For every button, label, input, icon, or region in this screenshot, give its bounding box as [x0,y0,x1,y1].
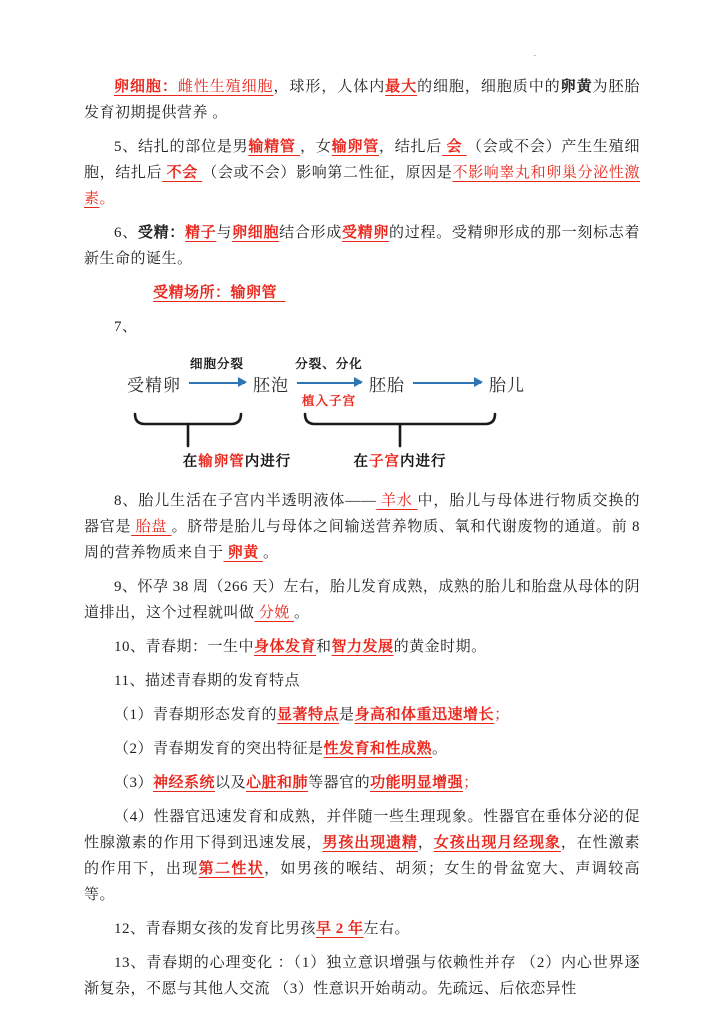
text-run: 在 [354,454,370,470]
text-run: （3） [114,775,153,791]
para-psychological-changes: 13、青春期的心理变化 ：（1）独立意识增强与依赖性并存 （2）内心世界逐渐复杂… [84,950,640,1002]
node-embryo: 胚胎 [369,371,405,396]
bracket-annotations: 在输卵管内进行 在子宫内进行 [84,412,640,476]
text-run: 等器官的 [308,775,370,791]
text-run: 12、青春期女孩的发育比男孩 [114,921,316,937]
document-body: 卵细胞：雌性生殖细胞，球形，人体内最大的细胞，细胞质中的卵黄为胚胎发育初期提供营… [0,0,724,1002]
para-girls-develop-earlier: 12、青春期女孩的发育比男孩早 2 年左右。 [84,916,640,942]
text-run: 不会 [162,165,202,181]
text-run: 7、 [114,319,138,335]
paragraph-group-bottom: 8、胎儿生活在子宫内半透明液体—— 羊水 中，胎儿与母体进行物质交换的器官是 胎… [84,488,640,1002]
text-run: 身体发育 [254,639,316,655]
text-run: ，结扎后 [379,139,442,155]
para-feature-2: （2）青春期发育的突出特征是性发育和性成熟。 [84,736,640,762]
text-run: 左右。 [364,921,411,937]
text-run: ； [463,775,479,791]
bracket-left-label: 在输卵管内进行 [183,450,292,471]
text-run: 会 [442,139,467,155]
text-run: 。 [432,741,448,757]
text-run: 受精卵 [342,225,389,241]
para-ligation: 5、结扎的部位是男输精管 ，女输卵管，结扎后 会 （会或不会）产生生殖细胞，结扎… [84,134,640,212]
arrow1-top-label: 细胞分裂 [190,354,244,372]
text-run: （1）青春期形态发育的 [114,707,277,723]
text-run: 男孩出现遗精 [322,835,417,851]
text-run: 雌性生殖细胞 [178,79,274,95]
text-run: 最大 [385,79,417,95]
text-run: 。 [294,605,310,621]
text-run: 精子 [185,225,216,241]
text-run: ，女 [300,139,332,155]
text-run: 女孩出现月经现象 [434,835,561,851]
text-run: 受精： [138,225,185,241]
paragraph-group-top: 卵细胞：雌性生殖细胞，球形，人体内最大的细胞，细胞质中的卵黄为胚胎发育初期提供营… [84,74,640,340]
text-run: （会或不会）影响第二性征，原因是 [202,165,452,181]
text-run: 和 [316,639,332,655]
text-run: 受精场所：输卵管 [153,285,286,301]
text-run: 卵黄 [561,79,593,95]
text-run: 8、胎儿生活在子宫内半透明液体—— [114,493,376,509]
bracket-right-icon [303,412,497,448]
text-run: 子宫 [369,454,400,470]
arrow-embryo-to-fetus [413,382,481,385]
text-run: 神经系统 [153,775,215,791]
node-blastocyst: 胚泡 [253,371,289,396]
text-run: 羊水 [376,493,417,509]
para-feature-1: （1）青春期形态发育的显著特点是身高和体重迅速增长； [84,702,640,728]
text-run: 输卵管 [198,454,245,470]
text-run: 胎盘 [131,519,171,535]
text-run: 11、描述青春期的发育特点 [114,673,300,689]
text-run: 在 [183,454,199,470]
right-arrow-icon [297,382,361,385]
text-run: 13、青春期的心理变化 ：（1）独立意识增强与依赖性并存 （2）内心世界逐渐复杂… [84,955,640,997]
arrow-cell-division: 细胞分裂 [189,382,245,385]
para-fertilization: 6、受精：精子与卵细胞结合形成受精卵的过程。受精卵形成的那一刻标志着新生命的诞生… [84,220,640,272]
text-run: 卵黄 [224,545,264,561]
text-run: 。 [263,545,279,561]
para-feature-3: （3）神经系统以及心脏和肺等器官的功能明显增强； [84,770,640,796]
para-fetus-environment: 8、胎儿生活在子宫内半透明液体—— 羊水 中，胎儿与母体进行物质交换的器官是 胎… [84,488,640,566]
para-puberty-golden-period: 10、青春期：一生中身体发育和智力发展的黄金时期。 [84,634,640,660]
right-arrow-icon [413,382,481,385]
text-run: 身高和体重迅速增长 [355,707,495,723]
text-run: 显著特点 [277,707,339,723]
text-run: 的细胞，细胞质中的 [417,79,561,95]
text-run: 内进行 [400,454,447,470]
text-run: 心脏和肺 [246,775,308,791]
text-run: 5、结扎的部位是男 [114,139,248,155]
text-run: 智力发展 [332,639,394,655]
stray-mark: · [533,50,537,62]
text-run: 分娩 [255,605,295,621]
text-run: 。 [100,191,116,207]
text-run: 第二性状 [199,861,265,877]
bracket-right-label: 在子宫内进行 [354,450,447,471]
text-run: 输精管 [248,139,300,155]
text-run: 结合形成 [279,225,342,241]
text-run: 功能明显增强 [370,775,463,791]
para-egg-cell: 卵细胞：雌性生殖细胞，球形，人体内最大的细胞，细胞质中的卵黄为胚胎发育初期提供营… [84,74,640,126]
text-run: 与 [216,225,232,241]
text-run: ，球形，人体内 [274,79,386,95]
para-fertilization-site: 受精场所：输卵管 [84,280,640,306]
right-arrow-icon [189,382,245,385]
para-childbirth: 9、怀孕 38 周（266 天）左右，胎儿发育成熟，成熟的胎儿和胎盘从母体的阴道… [84,574,640,626]
text-run: 10、青春期：一生中 [114,639,254,655]
text-run: 6、 [114,225,138,241]
text-run: ， [418,835,434,851]
node-zygote: 受精卵 [127,371,181,396]
text-run: 是 [339,707,355,723]
para-puberty-features-title: 11、描述青春期的发育特点 [84,668,640,694]
development-flow-diagram: 受精卵 细胞分裂 胚泡 分裂、分化 植入子宫 胚胎 胎儿 [84,342,640,476]
arrow2-bottom-label: 植入子宫 [302,391,356,409]
para-feature-4: （4）性器官迅速发育和成熟，并伴随一些生理现象。性器官在垂体分泌的促性腺激素的作… [84,804,640,908]
text-run: 卵细胞： [114,79,178,95]
text-run: 性发育和性成熟 [324,741,433,757]
text-run: 9、怀孕 38 周（266 天）左右，胎儿发育成熟，成熟的胎儿和胎盘从母体的阴道… [84,579,640,621]
text-run: 输卵管 [332,139,379,155]
document-page: · 卵细胞：雌性生殖细胞，球形，人体内最大的细胞，细胞质中的卵黄为胚胎发育初期提… [0,0,724,1024]
flow-row: 受精卵 细胞分裂 胚泡 分裂、分化 植入子宫 胚胎 胎儿 [127,342,640,398]
text-run: 内进行 [245,454,292,470]
para-item-7: 7、 [84,314,640,340]
text-run: ； [494,707,510,723]
arrow-division-differentiation: 分裂、分化 植入子宫 [297,382,361,385]
bracket-left-icon [133,412,243,448]
node-fetus: 胎儿 [489,371,525,396]
text-run: 以及 [215,775,246,791]
text-run: 卵细胞 [232,225,279,241]
arrow2-top-label: 分裂、分化 [295,354,363,372]
text-run: （2）青春期发育的突出特征是 [114,741,324,757]
text-run: 的黄金时期。 [394,639,487,655]
text-run: 早 2 年 [316,921,364,937]
